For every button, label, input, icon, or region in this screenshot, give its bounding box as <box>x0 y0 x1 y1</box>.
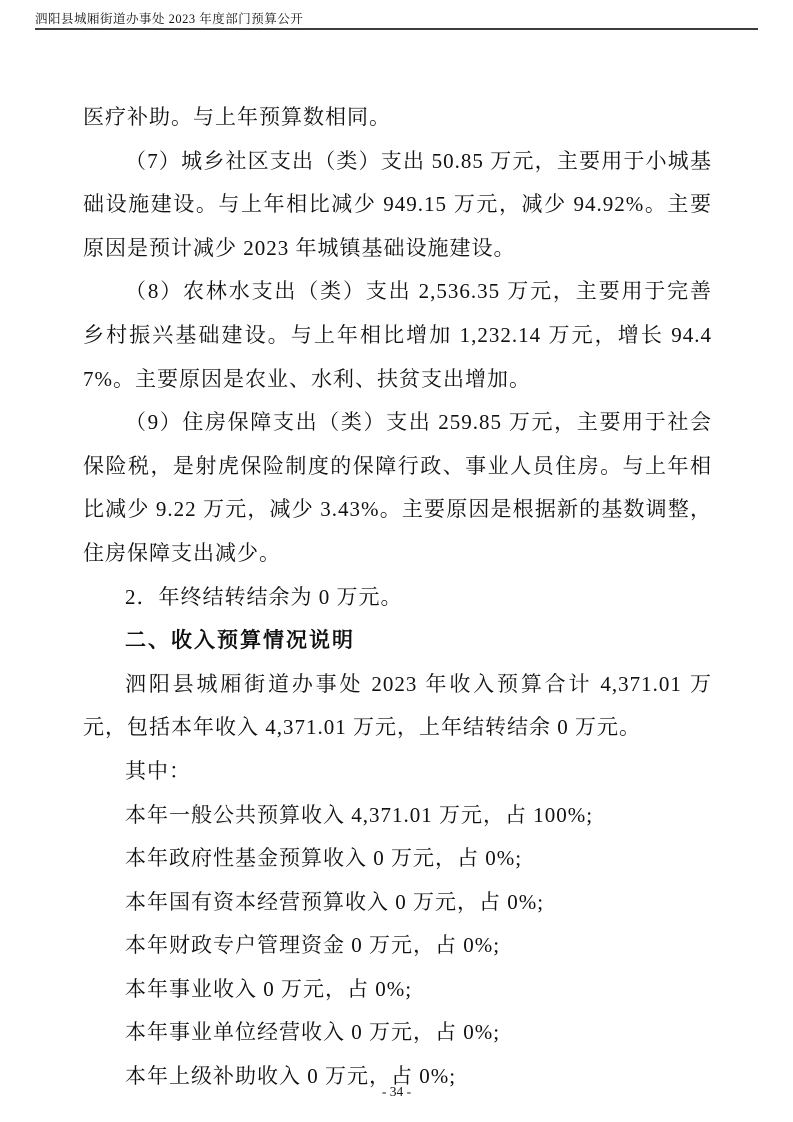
section-heading: 二、收入预算情况说明 <box>83 619 712 663</box>
paragraph: 本年事业收入 0 万元，占 0%; <box>83 968 712 1012</box>
paragraph: 医疗补助。与上年预算数相同。 <box>83 96 712 140</box>
document-page: 泗阳县城厢街道办事处 2023 年度部门预算公开 医疗补助。与上年预算数相同。（… <box>0 0 793 1122</box>
paragraph: （7）城乡社区支出（类）支出 50.85 万元，主要用于小城基础设施建设。与上年… <box>83 140 712 271</box>
paragraph: （9）住房保障支出（类）支出 259.85 万元，主要用于社会保险税，是射虎保险… <box>83 401 712 575</box>
paragraph: 本年政府性基金预算收入 0 万元，占 0%; <box>83 837 712 881</box>
paragraph: 本年事业单位经营收入 0 万元，占 0%; <box>83 1011 712 1055</box>
header-rule <box>35 28 758 30</box>
paragraph: 本年国有资本经营预算收入 0 万元，占 0%; <box>83 881 712 925</box>
document-body: 医疗补助。与上年预算数相同。（7）城乡社区支出（类）支出 50.85 万元，主要… <box>83 96 712 1099</box>
paragraph: 泗阳县城厢街道办事处 2023 年收入预算合计 4,371.01 万元，包括本年… <box>83 663 712 750</box>
header-title: 泗阳县城厢街道办事处 2023 年度部门预算公开 <box>35 12 303 26</box>
paragraph: 其中： <box>83 750 712 794</box>
page-header: 泗阳县城厢街道办事处 2023 年度部门预算公开 <box>35 9 758 27</box>
paragraph: 本年财政专户管理资金 0 万元，占 0%; <box>83 924 712 968</box>
paragraph: （8）农林水支出（类）支出 2,536.35 万元，主要用于完善乡村振兴基础建设… <box>83 270 712 401</box>
paragraph: 2．年终结转结余为 0 万元。 <box>83 576 712 620</box>
page-number: - 34 - <box>382 1084 411 1099</box>
page-footer: - 34 - <box>0 1084 793 1100</box>
paragraph: 本年一般公共预算收入 4,371.01 万元，占 100%; <box>83 794 712 838</box>
